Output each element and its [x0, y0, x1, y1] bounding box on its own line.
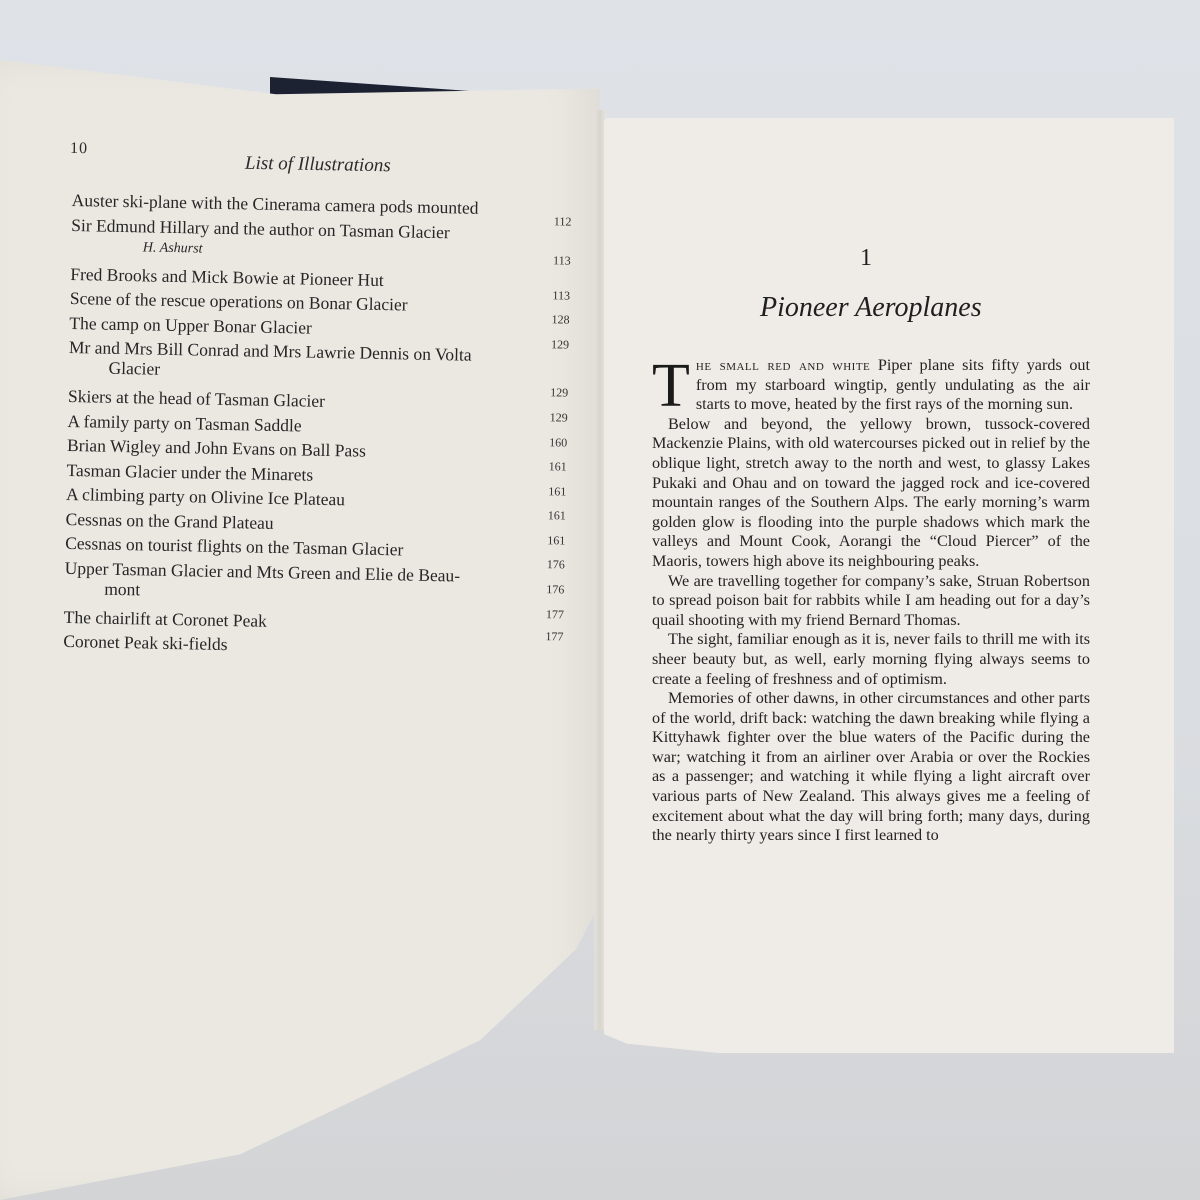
paragraph: We are travelling together for company’s… — [652, 572, 1090, 631]
paragraph: The small red and white Piper plane sits… — [652, 356, 1090, 415]
paragraph: Memories of other dawns, in other circum… — [652, 689, 1090, 846]
illustration-page: 177 — [546, 602, 564, 627]
illustration-title: Coronet Peak ski-fields — [63, 629, 228, 657]
illustration-page: 177 — [545, 624, 563, 649]
paragraph: Below and beyond, the yellowy brown, tus… — [652, 415, 1090, 572]
illustration-credit: H. Ashurst — [143, 236, 203, 262]
illustration-title-continued: mont — [104, 576, 140, 601]
illustration-page: 176 — [546, 577, 564, 602]
drop-cap: T — [652, 360, 690, 412]
paragraph: The sight, familiar enough as it is, nev… — [652, 630, 1090, 689]
chapter-title: Pioneer Aeroplanes — [760, 292, 982, 324]
illustration-title-continued: Glacier — [108, 356, 160, 381]
opening-smallcaps: he small red and white — [696, 356, 870, 374]
chapter-body: The small red and white Piper plane sits… — [652, 356, 1090, 846]
running-title: List of Illustrations — [245, 153, 391, 178]
chapter-number: 1 — [860, 245, 872, 272]
page-number: 10 — [70, 140, 88, 158]
illustration-page: 113 — [553, 248, 571, 273]
illustrations-list: Auster ski-plane with the Cinerama camer… — [63, 188, 572, 663]
